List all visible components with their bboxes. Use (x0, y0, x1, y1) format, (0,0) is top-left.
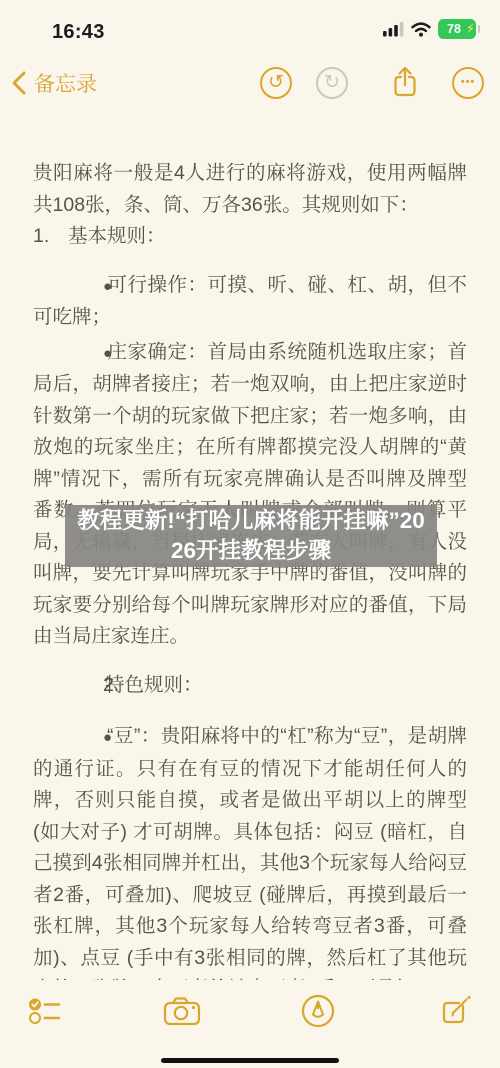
battery-cap (478, 25, 481, 33)
note-paragraph-rule-2: 2.特色规则： (33, 670, 467, 702)
nav-bar: 备忘录 ↺ ↻ ••• (0, 54, 500, 114)
bullet-icon: ● (68, 271, 107, 303)
bottom-toolbar (0, 980, 500, 1068)
charging-bolt-icon: ⚡ (466, 20, 475, 38)
compose-button[interactable] (436, 992, 474, 1030)
compose-icon (438, 994, 472, 1028)
battery-percent: 78 (447, 22, 461, 36)
home-indicator[interactable] (161, 1058, 339, 1063)
back-button-label: 备忘录 (34, 68, 97, 98)
status-time: 16:43 (52, 21, 105, 44)
note-paragraph-dealer: ●庄家确定：首局由系统随机选取庄家；首局后，胡牌者接庄；若一炮双响，由上把庄家逆… (33, 337, 467, 653)
list-number: 2. (68, 670, 105, 702)
watermark-banner: 教程更新!“打哈儿麻将能开挂嘛”20 26开挂教程步骤 (65, 505, 437, 567)
bullet-icon: ● (68, 722, 107, 754)
markup-button[interactable] (299, 992, 337, 1030)
list-number: 1. (33, 221, 68, 253)
bullet-icon: ● (68, 338, 107, 370)
camera-button[interactable] (163, 992, 201, 1030)
note-paragraph-operations: ●可行操作：可摸、听、碰、杠、胡，但不可吃牌； (33, 270, 467, 334)
redo-button[interactable]: ↻ (316, 67, 348, 99)
redo-icon: ↻ (324, 73, 340, 92)
cellular-signal-icon (383, 22, 404, 37)
share-icon (392, 66, 418, 99)
more-button[interactable]: ••• (452, 67, 484, 99)
watermark-line-2: 26开挂教程步骤 (171, 536, 331, 566)
back-button[interactable]: 备忘录 (12, 68, 97, 98)
undo-button[interactable]: ↺ (260, 67, 292, 99)
camera-icon (163, 996, 201, 1026)
checklist-button[interactable] (26, 992, 64, 1030)
note-paragraph-dou: ●“豆”：贵阳麻将中的“杠”称为“豆”，是胡牌的通行证。只有在有豆的情况下才能胡… (33, 721, 467, 1006)
back-chevron-icon (12, 71, 26, 95)
markup-pen-icon (301, 994, 335, 1028)
ellipsis-icon: ••• (461, 77, 476, 88)
battery-indicator: 78 ⚡ (438, 19, 480, 39)
note-paragraph-intro: 贵阳麻将一般是4人进行的麻将游戏，使用两幅牌共108张，条、筒、万各36张。其规… (33, 158, 467, 221)
battery-body: 78 ⚡ (438, 19, 476, 39)
checklist-icon (28, 997, 62, 1025)
status-bar: 16:43 78 ⚡ (0, 0, 500, 54)
share-button[interactable] (392, 66, 418, 99)
undo-icon: ↺ (268, 73, 284, 92)
watermark-line-1: 教程更新!“打哈儿麻将能开挂嘛”20 (77, 506, 425, 536)
wifi-icon (411, 22, 431, 37)
note-paragraph-rule-1: 1.基本规则： (33, 221, 467, 253)
